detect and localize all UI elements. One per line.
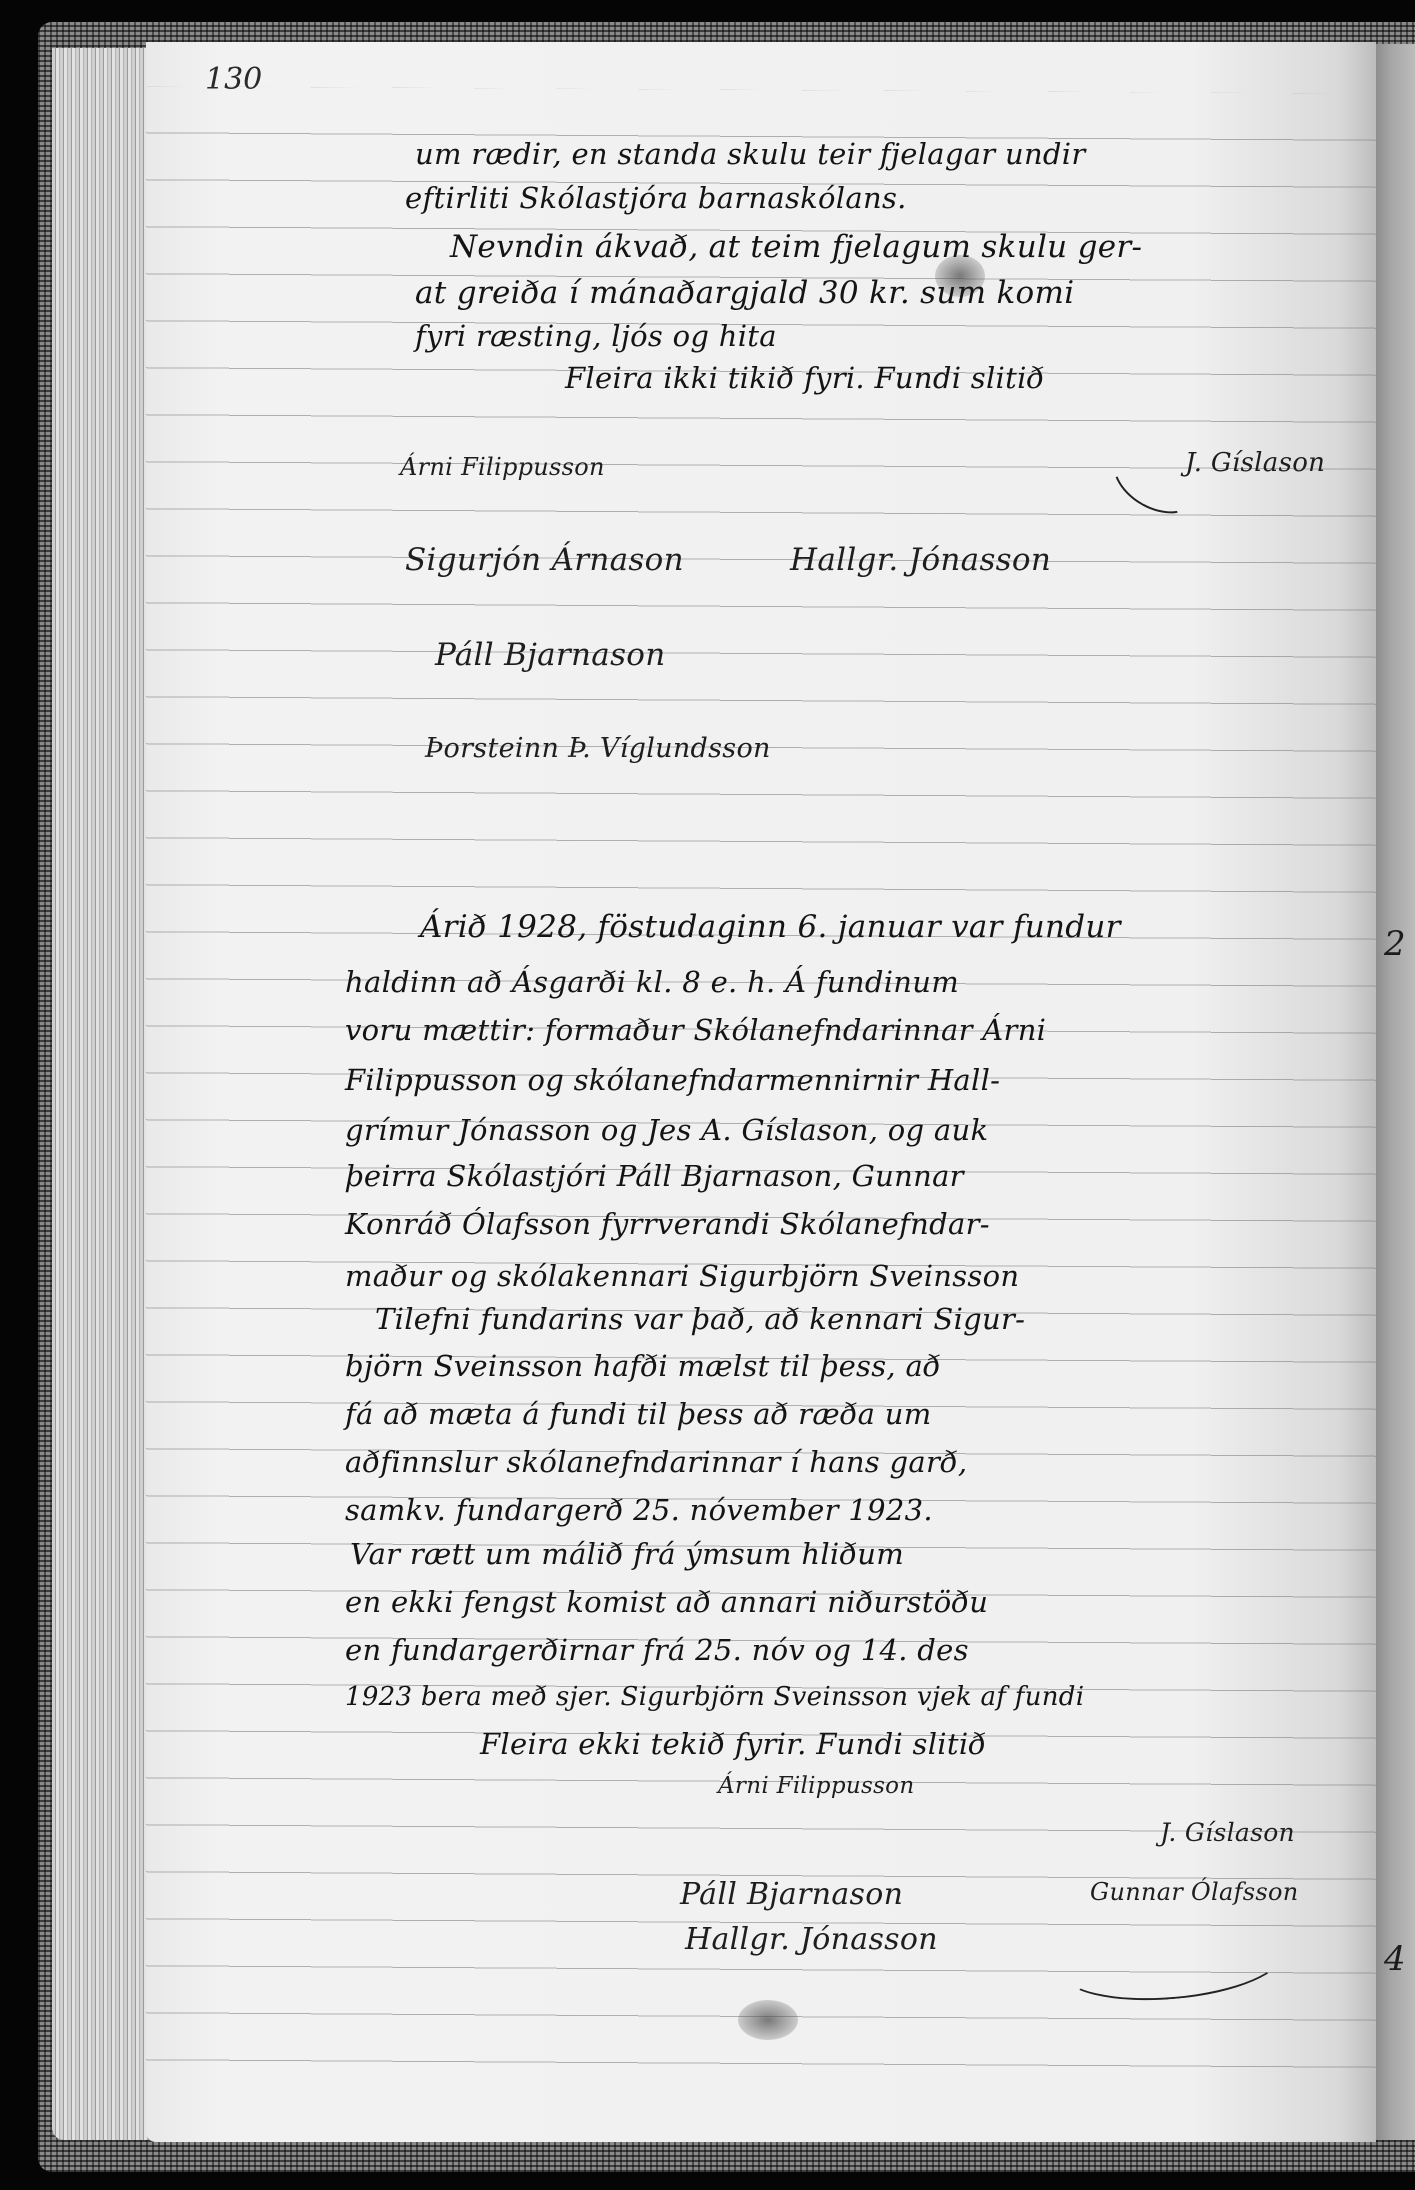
facing-page-mark: 4 [1384, 1939, 1406, 1979]
signature: Hallgr. Jónasson [790, 545, 1051, 576]
text-line: Konráð Ólafsson fyrrverandi Skólanefndar… [345, 1210, 990, 1239]
text-line: um rædir, en standa skulu teir fjelagar … [415, 140, 1086, 169]
text-line: eftirliti Skólastjóra barnaskólans. [405, 184, 907, 213]
text-line: fá að mæta á fundi til þess að ræða um [345, 1400, 932, 1429]
signature: Gunnar Ólafsson [1090, 1880, 1299, 1904]
page-number: 130 [205, 62, 262, 97]
signature: Páll Bjarnason [435, 640, 666, 671]
text-line: Filippusson og skólanefndarmennirnir Hal… [345, 1066, 1000, 1095]
signature: Árni Filippusson [718, 1775, 914, 1798]
text-line: Árið 1928, föstudaginn 6. januar var fun… [420, 912, 1121, 943]
text-line: en ekki fengst komist að annari niðurstö… [345, 1588, 988, 1617]
text-line: þeirra Skólastjóri Páll Bjarnason, Gunna… [345, 1162, 964, 1191]
text-line: fyri ræsting, ljós og hita [415, 322, 777, 351]
signature: Hallgr. Jónasson [685, 1925, 938, 1955]
facing-page-mark: 2 [1384, 924, 1406, 964]
text-line: Nevndin ákvað, at teim fjelagum skulu ge… [450, 232, 1142, 263]
text-line: Var rætt um málið frá ýmsum hliðum [350, 1540, 904, 1569]
text-line: at greiða í mánaðargjald 30 kr. sum komi [415, 278, 1074, 309]
text-line: samkv. fundargerð 25. nóvember 1923. [345, 1496, 933, 1525]
signature: Sigurjón Árnason [405, 545, 684, 576]
text-line: grímur Jónasson og Jes A. Gíslason, og a… [345, 1116, 988, 1145]
closing-line: Fleira ikki tikið fyri. Fundi slitið [565, 364, 1044, 393]
text-line: en fundargerðirnar frá 25. nóv og 14. de… [345, 1636, 969, 1665]
signature: Páll Bjarnason [680, 1880, 903, 1910]
signature: J. Gíslason [1160, 1820, 1295, 1845]
text-line: aðfinnslur skólanefndarinnar í hans garð… [345, 1448, 967, 1477]
signature: Þorsteinn Þ. Víglundsson [425, 735, 771, 762]
text-line: 1923 bera með sjer. Sigurbjörn Sveinsson… [345, 1684, 1084, 1710]
page-block-edges [52, 48, 148, 2140]
signature: J. Gíslason [1185, 450, 1325, 476]
facing-page-edge: 2 4 [1376, 44, 1415, 2140]
text-line: voru mættir: formaður Skólanefndarinnar … [345, 1016, 1046, 1045]
text-line: haldinn að Ásgarði kl. 8 e. h. Á fundinu… [345, 968, 959, 997]
text-line: Tilefni fundarins var það, að kennari Si… [375, 1305, 1025, 1334]
closing-line: Fleira ekki tekið fyrir. Fundi slitið [480, 1730, 986, 1759]
ink-blot [738, 2000, 798, 2040]
text-line: björn Sveinsson hafði mælst til þess, að [345, 1352, 941, 1381]
text-line: maður og skólakennari Sigurbjörn Sveinss… [345, 1262, 1019, 1291]
signature: Árni Filippusson [400, 455, 605, 479]
